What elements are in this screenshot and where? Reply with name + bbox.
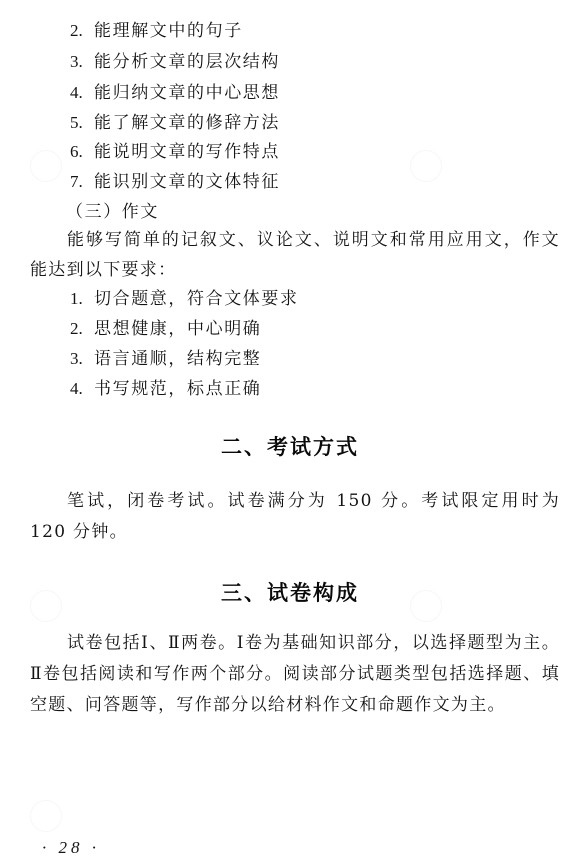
section-heading-paper-structure: 三、试卷构成 — [0, 577, 580, 607]
watermark-icon — [30, 150, 62, 182]
section-body-paper-structure: 试卷包括Ⅰ、Ⅱ两卷。Ⅰ卷为基础知识部分，以选择题型为主。Ⅱ卷包括阅读和写作两个部… — [30, 628, 560, 721]
objective-item: 7.能识别文章的文体特征 — [70, 171, 280, 193]
watermark-icon — [30, 590, 62, 622]
requirement-item: 1.切合题意，符合文体要求 — [70, 288, 299, 310]
composition-subheading: （三）作文 — [66, 201, 159, 223]
item-text: 能识别文章的文体特征 — [94, 172, 280, 192]
item-text: 能说明文章的写作特点 — [94, 142, 280, 162]
item-text: 能理解文中的句子 — [94, 21, 243, 41]
item-text: 能归纳文章的中心思想 — [94, 83, 280, 103]
section-heading-exam-method: 二、考试方式 — [0, 431, 580, 461]
watermark-icon — [410, 150, 442, 182]
watermark-icon — [30, 800, 62, 832]
objective-item: 2.能理解文中的句子 — [70, 20, 243, 42]
item-number: 7. — [70, 171, 94, 193]
item-number: 6. — [70, 141, 94, 163]
item-number: 4. — [70, 378, 94, 400]
item-text: 思想健康，中心明确 — [94, 319, 261, 339]
item-text: 能了解文章的修辞方法 — [94, 113, 280, 133]
objective-item: 4.能归纳文章的中心思想 — [70, 82, 280, 104]
requirement-item: 2.思想健康，中心明确 — [70, 318, 261, 340]
composition-intro: 能够写简单的记叙文、议论文、说明文和常用应用文，作文能达到以下要求： — [30, 225, 560, 285]
item-number: 4. — [70, 82, 94, 104]
objective-item: 5.能了解文章的修辞方法 — [70, 112, 280, 134]
requirement-item: 4.书写规范，标点正确 — [70, 378, 261, 400]
requirement-item: 3.语言通顺，结构完整 — [70, 348, 261, 370]
item-text: 书写规范，标点正确 — [94, 379, 261, 399]
watermark-icon — [410, 590, 442, 622]
item-number: 1. — [70, 288, 94, 310]
item-number: 3. — [70, 51, 94, 73]
objective-item: 3.能分析文章的层次结构 — [70, 51, 280, 73]
item-number: 3. — [70, 348, 94, 370]
item-number: 2. — [70, 318, 94, 340]
item-text: 语言通顺，结构完整 — [94, 349, 261, 369]
item-number: 2. — [70, 20, 94, 42]
section-body-exam-method: 笔试，闭卷考试。试卷满分为 150 分。考试限定用时为 120 分钟。 — [30, 486, 560, 548]
item-text: 能分析文章的层次结构 — [94, 52, 280, 72]
item-text: 切合题意，符合文体要求 — [94, 289, 299, 309]
item-number: 5. — [70, 112, 94, 134]
objective-item: 6.能说明文章的写作特点 — [70, 141, 280, 163]
page-number: · 28 · — [42, 838, 100, 858]
